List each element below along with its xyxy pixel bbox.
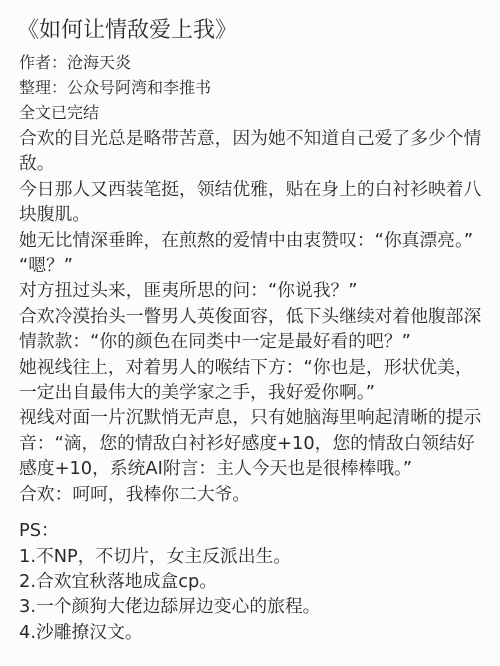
story-paragraph: “嗯？” — [19, 253, 488, 278]
story-paragraph: 她无比情深垂眸，在煎熬的爱情中由衷赞叹：“你真漂亮。” — [19, 228, 488, 253]
book-meta: 作者：沧海天炎 整理：公众号阿湾和李推书 全文已完结 — [19, 50, 488, 125]
book-title: 《如何让情敌爱上我》 — [17, 16, 488, 46]
ps-item: 4.沙雕撩汉文。 — [19, 620, 488, 645]
story-summary: 合欢的目光总是略带苦意，因为她不知道自己爱了多少个情敌。 今日那人又西装笔挺，领… — [19, 126, 488, 507]
postscript-notes: PS： 1.不NP，不切片，女主反派出生。 2.合欢宜秋落地成盒cp。 3.一个… — [19, 518, 488, 645]
novel-intro-page: 《如何让情敌爱上我》 作者：沧海天炎 整理：公众号阿湾和李推书 全文已完结 合欢… — [0, 0, 500, 666]
story-paragraph: 对方扭过头来，匪夷所思的问：“你说我？” — [19, 278, 488, 303]
ps-item: 1.不NP，不切片，女主反派出生。 — [19, 544, 488, 569]
organizer-line: 整理：公众号阿湾和李推书 — [19, 75, 488, 100]
story-paragraph: 合欢冷漠抬头一瞥男人英俊面容，低下头继续对着他腹部深情款款：“你的颜色在同类中一… — [19, 304, 488, 355]
story-paragraph: 合欢：呵呵，我棒你二大爷。 — [19, 482, 488, 507]
ps-item: 3.一个颜狗大佬边舔屏边变心的旅程。 — [19, 594, 488, 619]
story-paragraph: 今日那人又西装笔挺，领结优雅，贴在身上的白衬衫映着八块腹肌。 — [19, 177, 488, 228]
story-paragraph: 合欢的目光总是略带苦意，因为她不知道自己爱了多少个情敌。 — [19, 126, 488, 177]
ps-item: 2.合欢宜秋落地成盒cp。 — [19, 569, 488, 594]
author-line: 作者：沧海天炎 — [19, 50, 488, 75]
story-paragraph: 视线对面一片沉默悄无声息，只有她脑海里响起清晰的提示音：“滴，您的情敌白衬衫好感… — [19, 405, 488, 481]
story-paragraph: 她视线往上，对着男人的喉结下方：“你也是，形状优美，一定出自最伟大的美学家之手，… — [19, 355, 488, 406]
completion-status: 全文已完结 — [19, 100, 488, 125]
ps-label: PS： — [19, 518, 488, 543]
